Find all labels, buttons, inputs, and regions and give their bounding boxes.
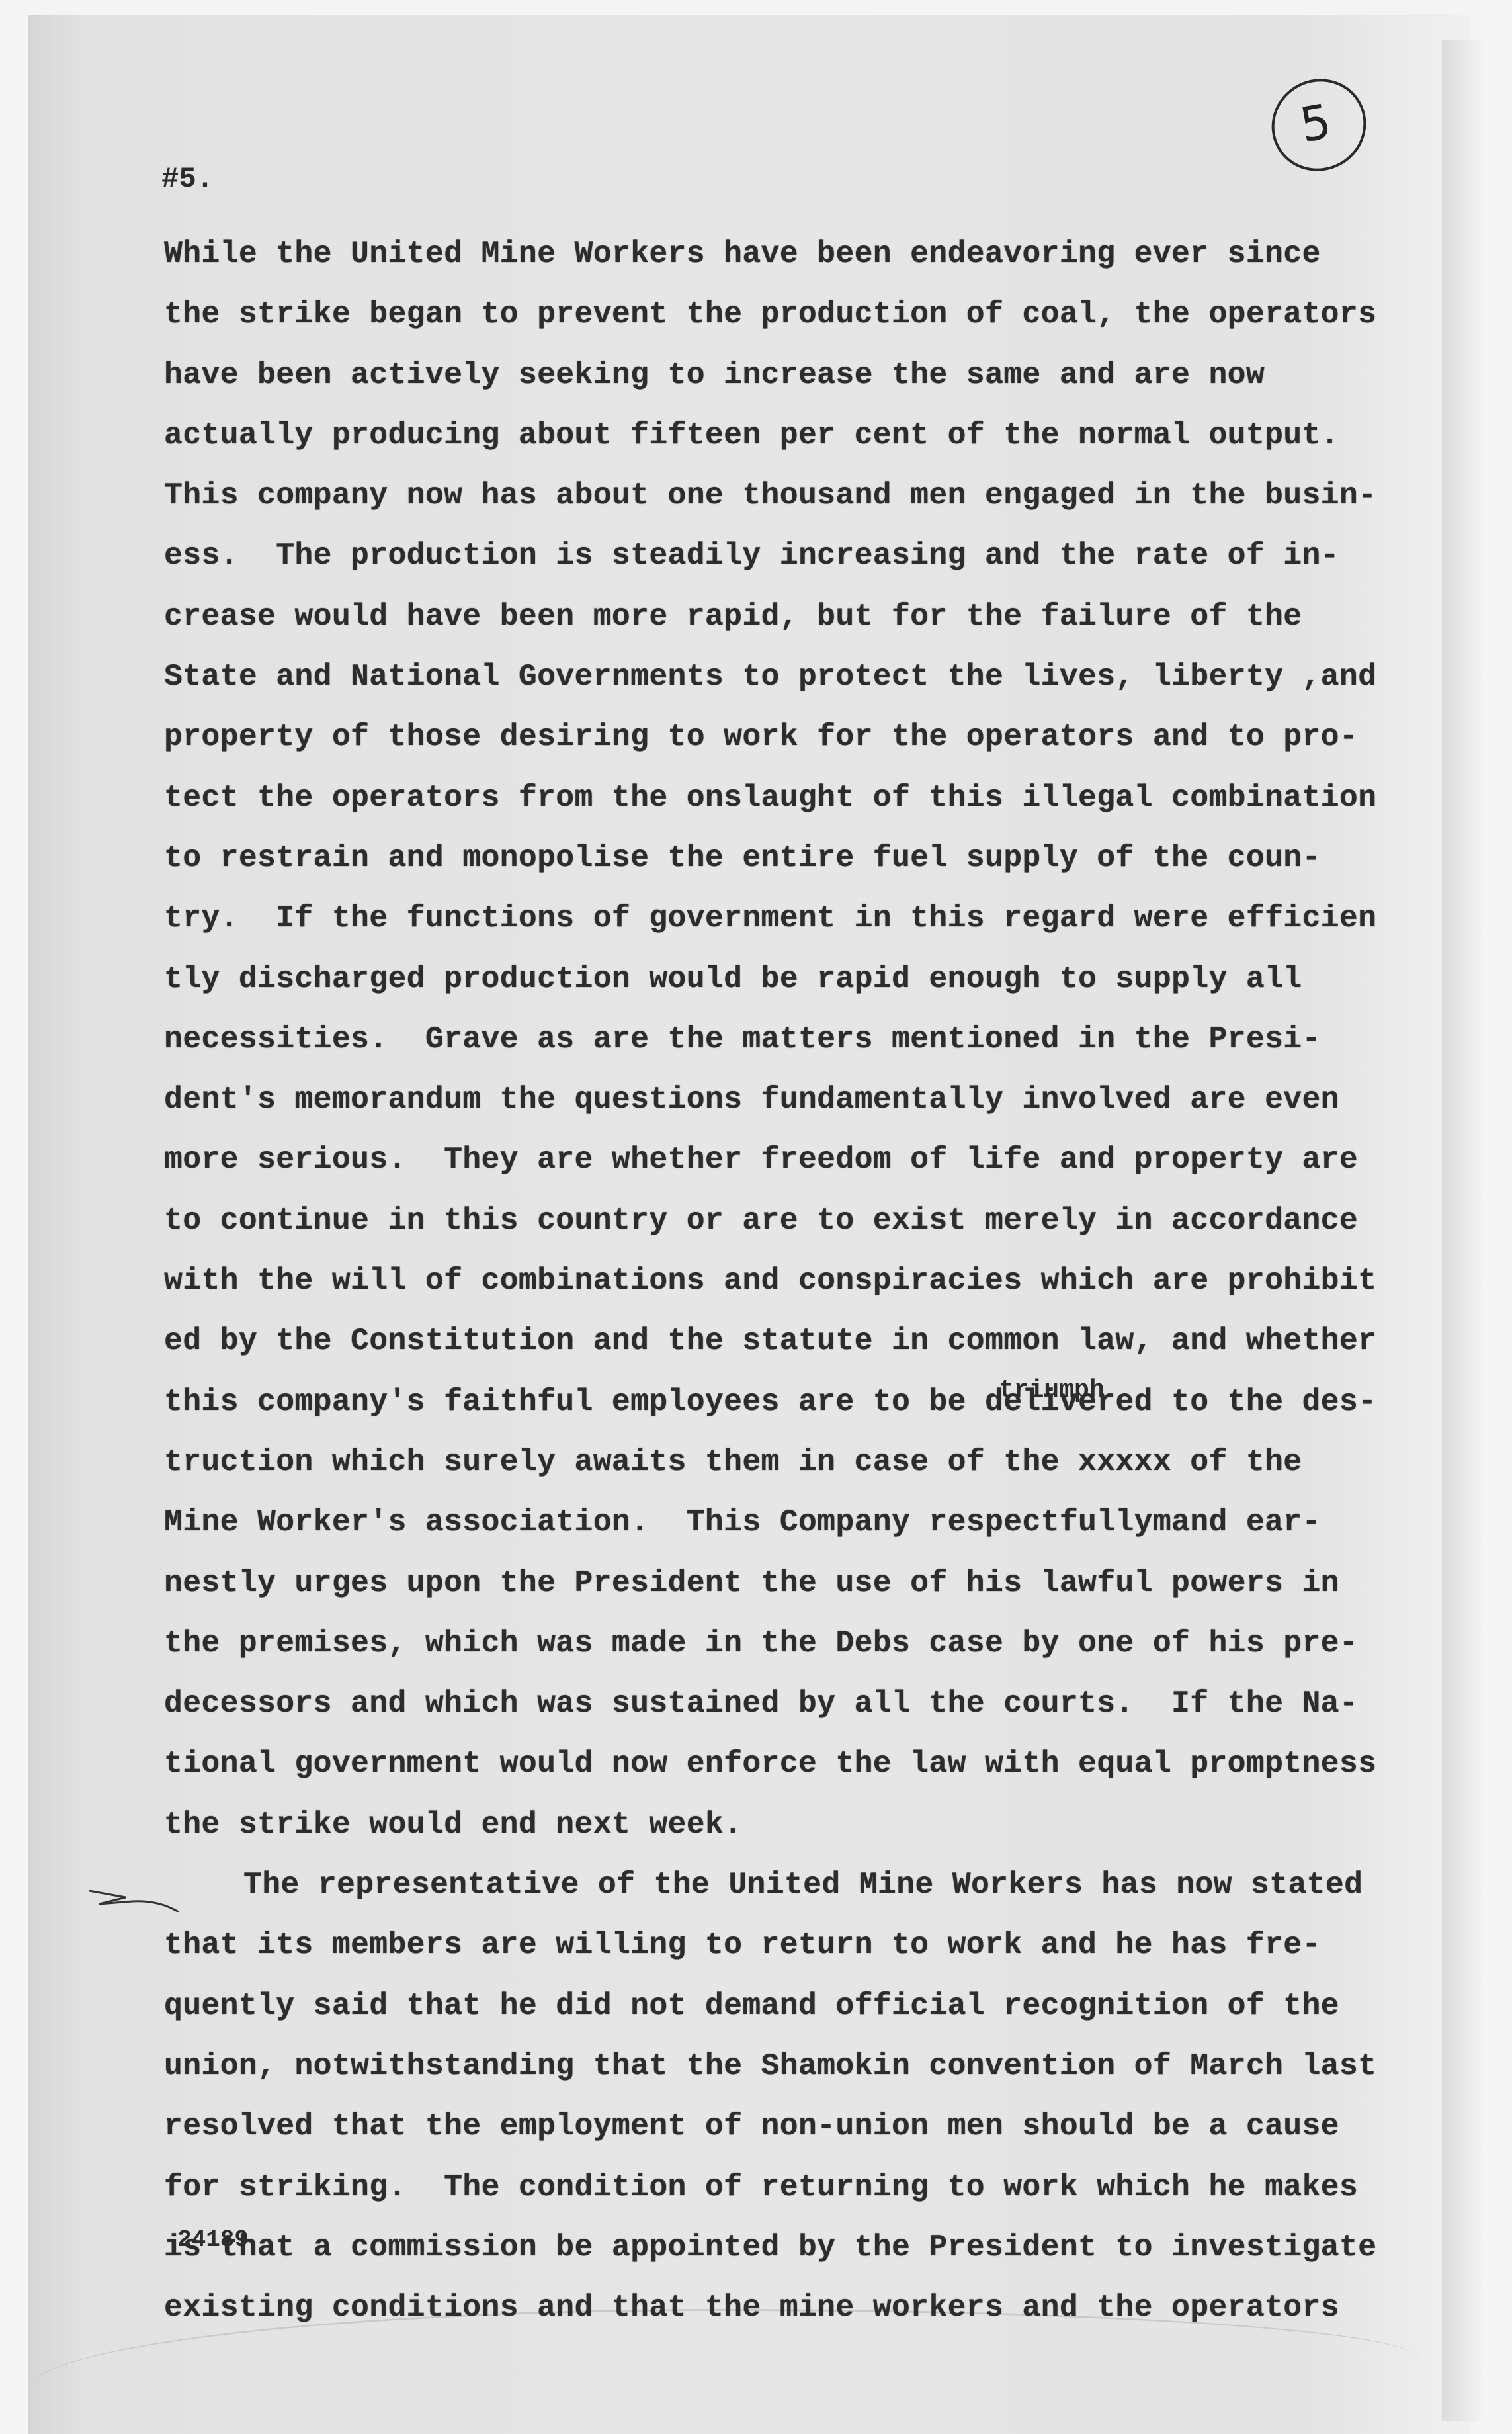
text-line: quently said that he did not demand offi…: [164, 1976, 1328, 2036]
text-line: tect the operators from the onslaught of…: [164, 767, 1328, 828]
text-line: tly discharged production would be rapid…: [164, 949, 1328, 1009]
text-line: State and National Governments to protec…: [164, 646, 1328, 707]
section-mark: #5.: [161, 163, 214, 196]
text-line: the premises, which was made in the Debs…: [164, 1613, 1328, 1673]
text-line: more serious. They are whether freedom o…: [164, 1129, 1328, 1190]
typed-body-text: While the United Mine Workers have been …: [164, 224, 1328, 2337]
archive-document-id: 24189: [177, 2226, 249, 2253]
text-line: try. If the functions of government in t…: [164, 888, 1328, 948]
text-line: with the will of combinations and conspi…: [164, 1250, 1328, 1311]
text-line: the strike would end next week.: [164, 1794, 1328, 1854]
text-line: that its members are willing to return t…: [164, 1915, 1328, 1975]
text-line: ess. The production is steadily increasi…: [164, 525, 1328, 586]
text-line: actually producing about fifteen per cen…: [164, 405, 1328, 465]
text-line: decessors and which was sustained by all…: [164, 1673, 1328, 1733]
text-line: dent's memorandum the questions fundamen…: [164, 1069, 1328, 1129]
text-line: nestly urges upon the President the use …: [164, 1553, 1328, 1613]
handwritten-insertion-triumph: triumph: [999, 1376, 1105, 1405]
text-line: truction which surely awaits them in cas…: [164, 1432, 1328, 1492]
text-line: The representative of the United Mine Wo…: [164, 1854, 1328, 1915]
text-line: to continue in this country or are to ex…: [164, 1190, 1328, 1250]
text-line: to restrain and monopolise the entire fu…: [164, 828, 1328, 888]
text-line: tional government would now enforce the …: [164, 1733, 1328, 1794]
text-line: property of those desiring to work for t…: [164, 707, 1328, 767]
text-line: the strike began to prevent the producti…: [164, 284, 1328, 344]
text-line: have been actively seeking to increase t…: [164, 345, 1328, 405]
text-line: While the United Mine Workers have been …: [164, 224, 1328, 284]
page-number-text: 5: [1296, 93, 1335, 153]
text-line: existing conditions and that the mine wo…: [164, 2277, 1328, 2337]
text-line: This company now has about one thousand …: [164, 465, 1328, 525]
text-line: resolved that the employment of non-unio…: [164, 2096, 1328, 2156]
margin-pointer-mark-icon: [86, 1886, 192, 1912]
text-line: ed by the Constitution and the statute i…: [164, 1311, 1328, 1371]
page-edge-shadow: [1442, 40, 1482, 2421]
text-line: necessities. Grave as are the matters me…: [164, 1009, 1328, 1069]
text-line: crease would have been more rapid, but f…: [164, 586, 1328, 646]
text-line: Mine Worker's association. This Company …: [164, 1492, 1328, 1552]
text-line: this company's faithful employees are to…: [164, 1371, 1328, 1432]
text-line: is that a commission be appointed by the…: [164, 2217, 1328, 2277]
text-line: union, notwithstanding that the Shamokin…: [164, 2036, 1328, 2096]
text-line: for striking. The condition of returning…: [164, 2157, 1328, 2217]
